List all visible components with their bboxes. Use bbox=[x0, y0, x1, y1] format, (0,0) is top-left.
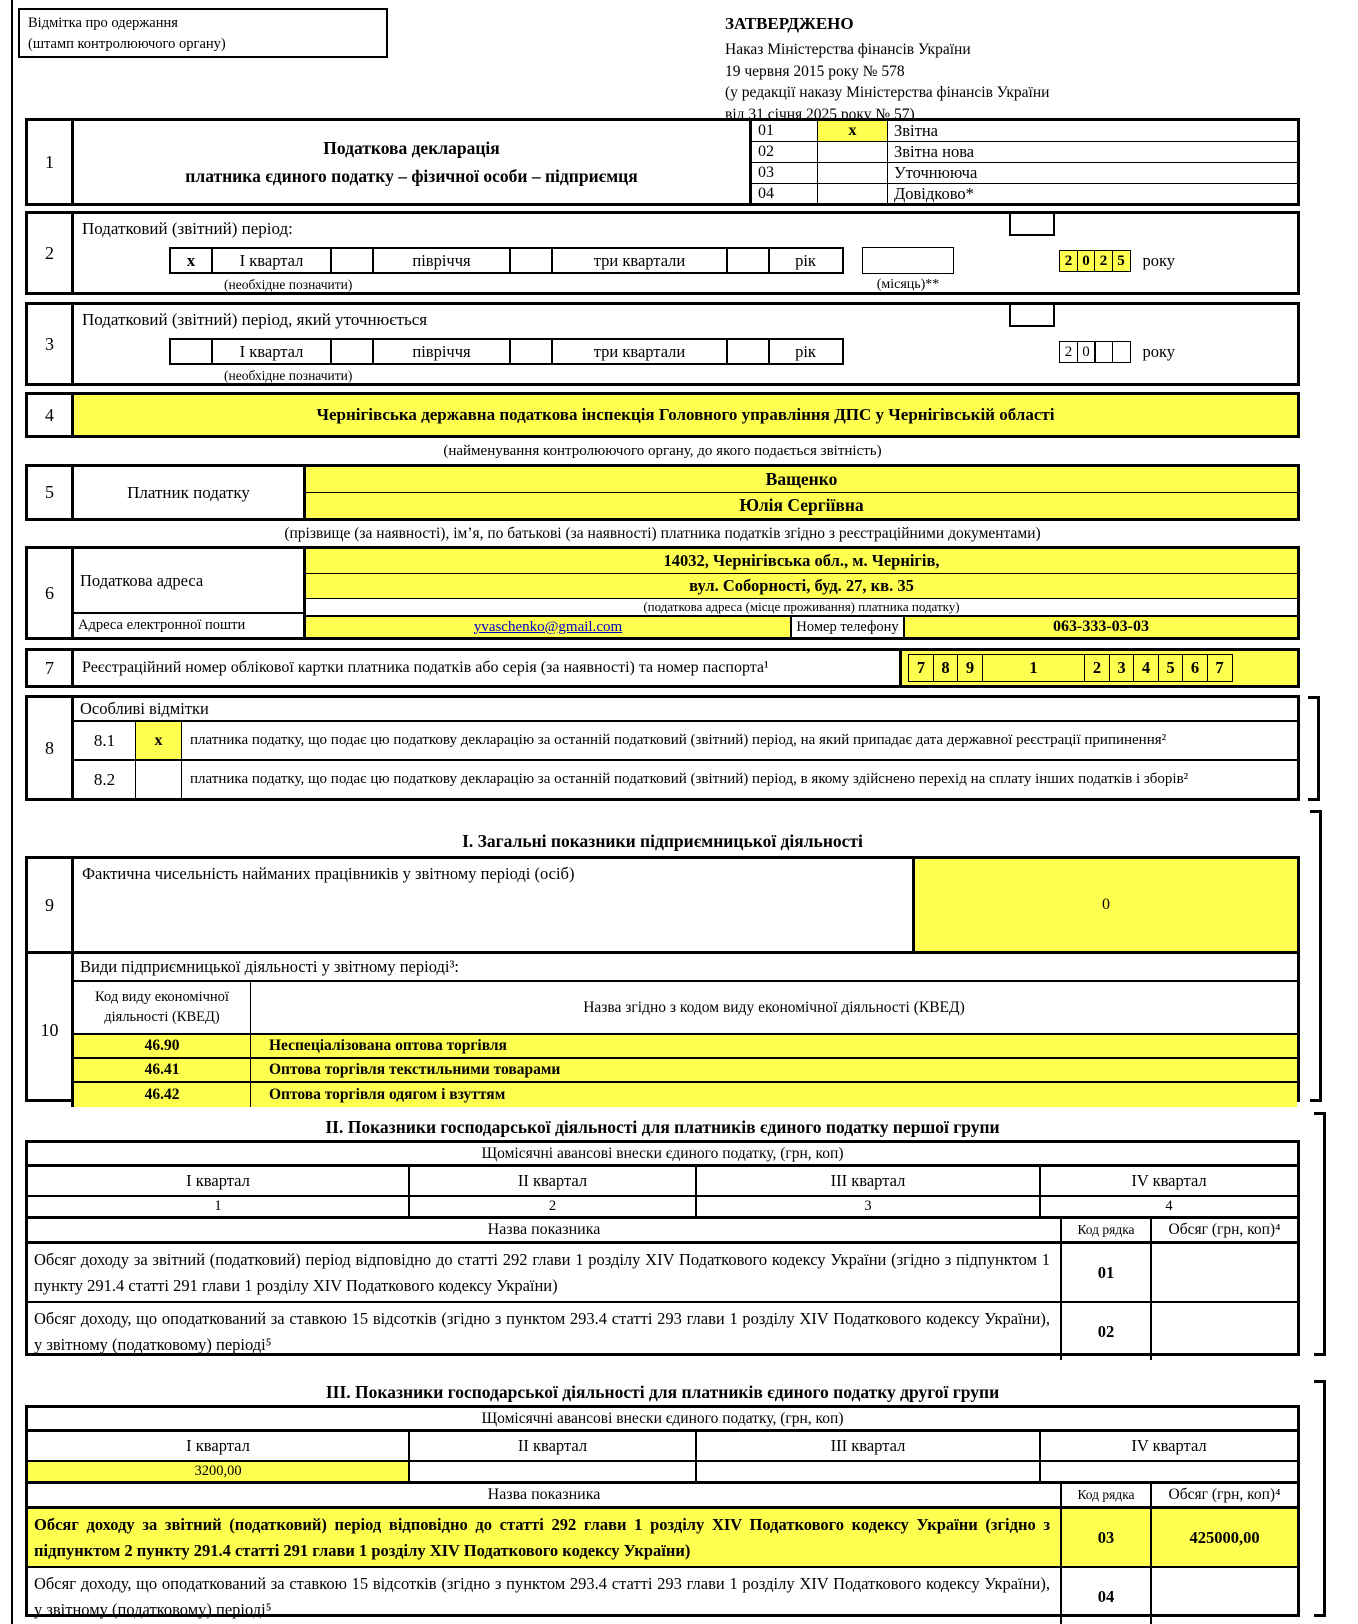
taxpayer-caption: (прізвище (за наявності), ім’я, по батьк… bbox=[25, 525, 1300, 543]
section-5-taxpayer: 5 Платник податку Ващенко Юлія Сергіївна bbox=[25, 464, 1300, 521]
quarter-1-header: І квартал bbox=[28, 1432, 410, 1460]
quarter-4-cell[interactable]: 4 bbox=[1041, 1197, 1297, 1216]
indicator-header-row: Назва показника Код рядка Обсяг (грн, ко… bbox=[28, 1484, 1297, 1509]
indicator-text: Обсяг доходу, що оподаткований за ставко… bbox=[28, 1568, 1062, 1624]
mark-text: платника податку, що подає цю податкову … bbox=[182, 761, 1297, 798]
digit-2[interactable]: 8 bbox=[933, 654, 959, 682]
period-year-label: рік bbox=[768, 338, 844, 365]
checkbox-threequarters[interactable] bbox=[509, 338, 553, 365]
monthly-advance-caption: Щомісячні авансові внески єдиного податк… bbox=[28, 1408, 1297, 1432]
approved-line2: 19 червня 2015 року № 578 bbox=[725, 61, 1325, 82]
period-label: Податковий (звітний) період: bbox=[82, 219, 293, 239]
taxpayer-surname[interactable]: Ващенко bbox=[306, 467, 1297, 493]
quarter-1-value[interactable]: 3200,00 bbox=[28, 1462, 410, 1481]
type-label: Звітна нова bbox=[888, 142, 1297, 162]
checkbox-quarter1[interactable] bbox=[169, 338, 213, 365]
year-digit-4[interactable] bbox=[1112, 341, 1131, 363]
type-label: Звітна bbox=[888, 121, 1297, 141]
row-code-04: 04 bbox=[1062, 1568, 1152, 1624]
approval-block: ЗАТВЕРДЖЕНО Наказ Міністерства фінансів … bbox=[725, 12, 1325, 125]
indicator-row-04: Обсяг доходу, що оподаткований за ставко… bbox=[28, 1568, 1297, 1624]
tax-authority-value[interactable]: Чернігівська державна податкова інспекці… bbox=[74, 395, 1297, 435]
kved-name-header: Назва згідно з кодом виду економічної ді… bbox=[251, 982, 1297, 1033]
stamp-line2: (штамп контролюючого органу) bbox=[28, 34, 378, 55]
indicator-row-03: Обсяг доходу за звітний (податковий) пер… bbox=[28, 1509, 1297, 1568]
quarter-4-header: ІV квартал bbox=[1041, 1432, 1297, 1460]
type-row-dovidkovo: 04 Довідково* bbox=[752, 184, 1297, 204]
mark-checkbox-8-1[interactable]: x bbox=[136, 722, 182, 759]
period-label: Податковий (звітний) період, який уточню… bbox=[82, 310, 427, 330]
digit-1[interactable]: 7 bbox=[908, 654, 934, 682]
page-left-margin-line bbox=[11, 0, 13, 1624]
row-number-4: 4 bbox=[28, 395, 74, 435]
address-labels: Податкова адреса Адреса електронної пошт… bbox=[74, 549, 306, 637]
kved-name[interactable]: Неспеціалізована оптова торгівля bbox=[251, 1035, 1297, 1057]
employees-value[interactable]: 0 bbox=[912, 859, 1297, 951]
period-threequarters-label: три квартали bbox=[551, 338, 729, 365]
section-III-title: ІІІ. Показники господарської діяльності … bbox=[25, 1382, 1300, 1403]
type-code: 04 bbox=[752, 184, 818, 204]
approved-line1: Наказ Міністерства фінансів України bbox=[725, 39, 1325, 60]
period-halfyear-label: півріччя bbox=[372, 338, 512, 365]
checkbox-year[interactable] bbox=[726, 247, 770, 274]
period-quarter1-label: І квартал bbox=[211, 247, 333, 274]
quarter-4-value[interactable] bbox=[1041, 1462, 1297, 1481]
row-code-header: Код рядка bbox=[1062, 1484, 1152, 1506]
indicator-row-02: Обсяг доходу, що оподаткований за ставко… bbox=[28, 1303, 1297, 1360]
indicator-name-header: Назва показника bbox=[28, 1484, 1062, 1506]
checkbox-quarter1[interactable]: x bbox=[169, 247, 213, 274]
type-row-zvitna-nova: 02 Звітна нова bbox=[752, 142, 1297, 163]
quarter-3-value[interactable] bbox=[697, 1462, 1041, 1481]
amount-03[interactable]: 425000,00 bbox=[1152, 1509, 1297, 1566]
quarter-numbers-row: 1 2 3 4 bbox=[28, 1197, 1297, 1219]
quarter-2-header: ІІ квартал bbox=[410, 1432, 697, 1460]
type-code: 02 bbox=[752, 142, 818, 162]
type-row-zvitna: 01 x Звітна bbox=[752, 121, 1297, 142]
period-strip: І квартал півріччя три квартали рік bbox=[169, 338, 844, 365]
year-suffix: року bbox=[1143, 342, 1176, 362]
employees-label: Фактична чисельність найманих працівникі… bbox=[74, 859, 912, 951]
year-digit-2[interactable]: 0 bbox=[1077, 341, 1096, 363]
indicator-row-01: Обсяг доходу за звітний (податковий) пер… bbox=[28, 1244, 1297, 1303]
digit-8[interactable]: 5 bbox=[1158, 654, 1184, 682]
row-number-5: 5 bbox=[28, 467, 74, 518]
email-cell[interactable]: yvaschenko@gmail.com bbox=[306, 617, 790, 637]
digit-10[interactable]: 7 bbox=[1207, 654, 1233, 682]
address-caption: (податкова адреса (місце проживання) пла… bbox=[306, 599, 1297, 617]
quarter-values-row: 3200,00 bbox=[28, 1462, 1297, 1484]
form-title: Податкова декларація платника єдиного по… bbox=[74, 121, 752, 203]
email-label: Адреса електронної пошти bbox=[74, 612, 303, 637]
quarter-2-header: ІІ квартал bbox=[410, 1167, 697, 1195]
bracket-section-III bbox=[1314, 1380, 1326, 1617]
amount-header: Обсяг (грн, коп)⁴ bbox=[1152, 1484, 1297, 1506]
taxpayer-name-block: Ващенко Юлія Сергіївна bbox=[306, 467, 1297, 518]
row-number-10: 10 bbox=[28, 954, 74, 1107]
section-8-special-marks: 8 Особливі відмітки 8.1 x платника подат… bbox=[25, 695, 1300, 801]
bracket-section-I bbox=[1310, 810, 1322, 1102]
quarter-3-cell[interactable]: 3 bbox=[697, 1197, 1041, 1216]
indicator-header-row: Назва показника Код рядка Обсяг (грн, ко… bbox=[28, 1219, 1297, 1244]
row-number-2: 2 bbox=[28, 214, 74, 292]
row-number-3: 3 bbox=[28, 305, 74, 383]
period-body: Податковий (звітний) період: x І квартал… bbox=[74, 214, 1297, 292]
kved-header: Код виду економічної діяльності (КВЕД) Н… bbox=[74, 982, 1297, 1035]
type-checkbox-utochniuiucha[interactable] bbox=[818, 163, 888, 183]
digit-7[interactable]: 4 bbox=[1133, 654, 1159, 682]
indicator-text: Обсяг доходу за звітний (податковий) пер… bbox=[28, 1244, 1062, 1301]
tax-authority-caption: (найменування контролюючого органу, до я… bbox=[25, 443, 1300, 460]
period-body: Податковий (звітний) період, який уточню… bbox=[74, 305, 1297, 383]
address-line1[interactable]: 14032, Чернігівська обл., м. Чернігів, bbox=[306, 549, 1297, 574]
row-code-01: 01 bbox=[1062, 1244, 1152, 1301]
quarter-2-value[interactable] bbox=[410, 1462, 697, 1481]
phone-label: Номер телефону bbox=[790, 617, 905, 637]
checkbox-halfyear[interactable] bbox=[330, 338, 374, 365]
row-number-8: 8 bbox=[28, 698, 74, 798]
section-4-tax-authority: 4 Чернігівська державна податкова інспек… bbox=[25, 392, 1300, 438]
kved-code-header: Код виду економічної діяльності (КВЕД) bbox=[74, 982, 251, 1033]
checkbox-year[interactable] bbox=[726, 338, 770, 365]
quarter-3-header: ІІІ квартал bbox=[697, 1432, 1041, 1460]
tax-address-label: Податкова адреса bbox=[74, 549, 303, 612]
row-9-employees: 9 Фактична чисельність найманих працівни… bbox=[28, 859, 1297, 954]
period-quarter1-label: І квартал bbox=[211, 338, 333, 365]
period-corner-box[interactable] bbox=[1009, 303, 1055, 327]
section-III-table: Щомісячні авансові внески єдиного податк… bbox=[25, 1405, 1300, 1617]
section-I-title: І. Загальні показники підприємницької ді… bbox=[25, 831, 1300, 852]
receipt-stamp-box: Відмітка про одержання (штамп контролююч… bbox=[18, 8, 388, 58]
year-input-group: 2 0 2 5 року bbox=[1059, 250, 1175, 272]
digit-strip: 7 8 9 1 2 3 4 5 6 7 bbox=[908, 654, 1233, 682]
declaration-type-table: 01 x Звітна 02 Звітна нова 03 Уточнююча … bbox=[752, 121, 1297, 203]
address-values: 14032, Чернігівська обл., м. Чернігів, в… bbox=[306, 549, 1297, 637]
digit-9[interactable]: 6 bbox=[1182, 654, 1208, 682]
section-6-address: 6 Податкова адреса Адреса електронної по… bbox=[25, 546, 1300, 640]
period-strip: x І квартал півріччя три квартали рік bbox=[169, 247, 844, 274]
type-checkbox-zvitna[interactable]: x bbox=[818, 121, 888, 141]
approved-line3: (у редакції наказу Міністерства фінансів… bbox=[725, 82, 1325, 103]
year-digit-1[interactable]: 2 bbox=[1059, 341, 1078, 363]
indicator-text: Обсяг доходу за звітний (податковий) пер… bbox=[28, 1509, 1062, 1566]
kved-code[interactable]: 46.42 bbox=[74, 1083, 251, 1107]
year-input-group: 2 0 року bbox=[1059, 341, 1175, 363]
indicator-name-header: Назва показника bbox=[28, 1219, 1062, 1241]
year-digit-1[interactable]: 2 bbox=[1059, 250, 1078, 272]
contact-row: yvaschenko@gmail.com Номер телефону 063-… bbox=[306, 617, 1297, 637]
mark-code: 8.1 bbox=[74, 722, 136, 759]
amount-04[interactable] bbox=[1152, 1568, 1297, 1624]
phone-value[interactable]: 063-333-03-03 bbox=[905, 617, 1297, 637]
special-mark-row-8-2: 8.2 платника податку, що подає цю податк… bbox=[74, 761, 1297, 798]
digit-3[interactable]: 9 bbox=[957, 654, 983, 682]
year-digit-3[interactable] bbox=[1094, 341, 1113, 363]
bracket-section-8 bbox=[1308, 696, 1320, 801]
quarters-header: І квартал ІІ квартал ІІІ квартал ІV квар… bbox=[28, 1432, 1297, 1462]
form-title-line2: платника єдиного податку – фізичної особ… bbox=[185, 166, 637, 187]
type-checkbox-dovidkovo[interactable] bbox=[818, 184, 888, 204]
type-code: 03 bbox=[752, 163, 818, 183]
kved-code[interactable]: 46.90 bbox=[74, 1035, 251, 1057]
year-digit-4[interactable]: 5 bbox=[1112, 250, 1131, 272]
row-code-02: 02 bbox=[1062, 1303, 1152, 1360]
amount-01[interactable] bbox=[1152, 1244, 1297, 1301]
period-note: (необхідне позначити) bbox=[224, 368, 352, 384]
special-mark-row-8-1: 8.1 x платника податку, що подає цю пода… bbox=[74, 722, 1297, 761]
mark-checkbox-8-2[interactable] bbox=[136, 761, 182, 798]
checkbox-threequarters[interactable] bbox=[509, 247, 553, 274]
row-code-header: Код рядка bbox=[1062, 1219, 1152, 1241]
kved-code[interactable]: 46.41 bbox=[74, 1059, 251, 1081]
row-code-03: 03 bbox=[1062, 1509, 1152, 1566]
type-code: 01 bbox=[752, 121, 818, 141]
section-3-corrected-period: 3 Податковий (звітний) період, який уточ… bbox=[25, 302, 1300, 386]
taxpayer-given-name[interactable]: Юлія Сергіївна bbox=[306, 493, 1297, 518]
amount-02[interactable] bbox=[1152, 1303, 1297, 1360]
amount-header: Обсяг (грн, коп)⁴ bbox=[1152, 1219, 1297, 1241]
quarter-3-header: ІІІ квартал bbox=[697, 1167, 1041, 1195]
bracket-section-II bbox=[1314, 1112, 1326, 1356]
month-input-box[interactable] bbox=[862, 247, 954, 274]
period-threequarters-label: три квартали bbox=[551, 247, 729, 274]
quarters-header: І квартал ІІ квартал ІІІ квартал ІV квар… bbox=[28, 1167, 1297, 1197]
stamp-line1: Відмітка про одержання bbox=[28, 13, 378, 34]
section-2-reporting-period: 2 Податковий (звітний) період: x І кварт… bbox=[25, 211, 1300, 295]
type-checkbox-zvitna-nova[interactable] bbox=[818, 142, 888, 162]
section-7-tax-id: 7 Реєстраційний номер облікової картки п… bbox=[25, 648, 1300, 688]
year-suffix: року bbox=[1143, 251, 1176, 271]
month-note: (місяць)** bbox=[862, 277, 954, 293]
type-row-utochniuiucha: 03 Уточнююча bbox=[752, 163, 1297, 184]
digit-4[interactable]: 1 bbox=[982, 654, 1086, 682]
row-10-activities: 10 Види підприємницької діяльності у зві… bbox=[28, 954, 1297, 1107]
activities-body: Види підприємницької діяльності у звітно… bbox=[74, 954, 1297, 1107]
tax-id-label: Реєстраційний номер облікової картки пла… bbox=[74, 651, 899, 685]
digit-5[interactable]: 2 bbox=[1084, 654, 1110, 682]
row-number-7: 7 bbox=[28, 651, 74, 685]
address-line2[interactable]: вул. Соборності, буд. 27, кв. 35 bbox=[306, 574, 1297, 599]
activities-label: Види підприємницької діяльності у звітно… bbox=[74, 954, 1297, 982]
section-1-declaration-type: 1 Податкова декларація платника єдиного … bbox=[25, 118, 1300, 206]
row-number-6: 6 bbox=[28, 549, 74, 637]
section-II-table: Щомісячні авансові внески єдиного податк… bbox=[25, 1140, 1300, 1356]
tax-id-digits: 7 8 9 1 2 3 4 5 6 7 bbox=[899, 651, 1297, 685]
period-halfyear-label: півріччя bbox=[372, 247, 512, 274]
period-corner-box[interactable] bbox=[1009, 212, 1055, 236]
form-title-line1: Податкова декларація bbox=[323, 138, 500, 159]
row-number-1: 1 bbox=[28, 121, 74, 203]
special-marks-body: Особливі відмітки 8.1 x платника податку… bbox=[74, 698, 1297, 798]
kved-name[interactable]: Оптова торгівля одягом і взуттям bbox=[251, 1083, 1297, 1107]
indicator-text: Обсяг доходу, що оподаткований за ставко… bbox=[28, 1303, 1062, 1360]
taxpayer-label: Платник податку bbox=[74, 467, 306, 518]
special-marks-title: Особливі відмітки bbox=[74, 698, 1297, 722]
quarter-1-header: І квартал bbox=[28, 1167, 410, 1195]
type-label: Довідково* bbox=[888, 184, 1297, 204]
approved-title: ЗАТВЕРДЖЕНО bbox=[725, 12, 1325, 35]
kved-row: 46.90 Неспеціалізована оптова торгівля bbox=[74, 1035, 1297, 1059]
type-label: Уточнююча bbox=[888, 163, 1297, 183]
checkbox-halfyear[interactable] bbox=[330, 247, 374, 274]
email-value[interactable]: yvaschenko@gmail.com bbox=[474, 619, 622, 636]
kved-row: 46.41 Оптова торгівля текстильними товар… bbox=[74, 1059, 1297, 1083]
section-I-table: 9 Фактична чисельність найманих працівни… bbox=[25, 856, 1300, 1102]
quarter-4-header: ІV квартал bbox=[1041, 1167, 1297, 1195]
quarter-1-cell[interactable]: 1 bbox=[28, 1197, 410, 1216]
digit-6[interactable]: 3 bbox=[1109, 654, 1135, 682]
period-year-label: рік bbox=[768, 247, 844, 274]
year-digit-3[interactable]: 2 bbox=[1094, 250, 1113, 272]
year-digit-2[interactable]: 0 bbox=[1077, 250, 1096, 272]
quarter-2-cell[interactable]: 2 bbox=[410, 1197, 697, 1216]
section-II-title: ІІ. Показники господарської діяльності д… bbox=[25, 1117, 1300, 1138]
kved-row: 46.42 Оптова торгівля одягом і взуттям bbox=[74, 1083, 1297, 1107]
mark-text: платника податку, що подає цю податкову … bbox=[182, 722, 1297, 759]
period-note: (необхідне позначити) bbox=[224, 277, 352, 293]
row-number-9: 9 bbox=[28, 859, 74, 951]
kved-name[interactable]: Оптова торгівля текстильними товарами bbox=[251, 1059, 1297, 1081]
monthly-advance-caption: Щомісячні авансові внески єдиного податк… bbox=[28, 1143, 1297, 1167]
mark-code: 8.2 bbox=[74, 761, 136, 798]
